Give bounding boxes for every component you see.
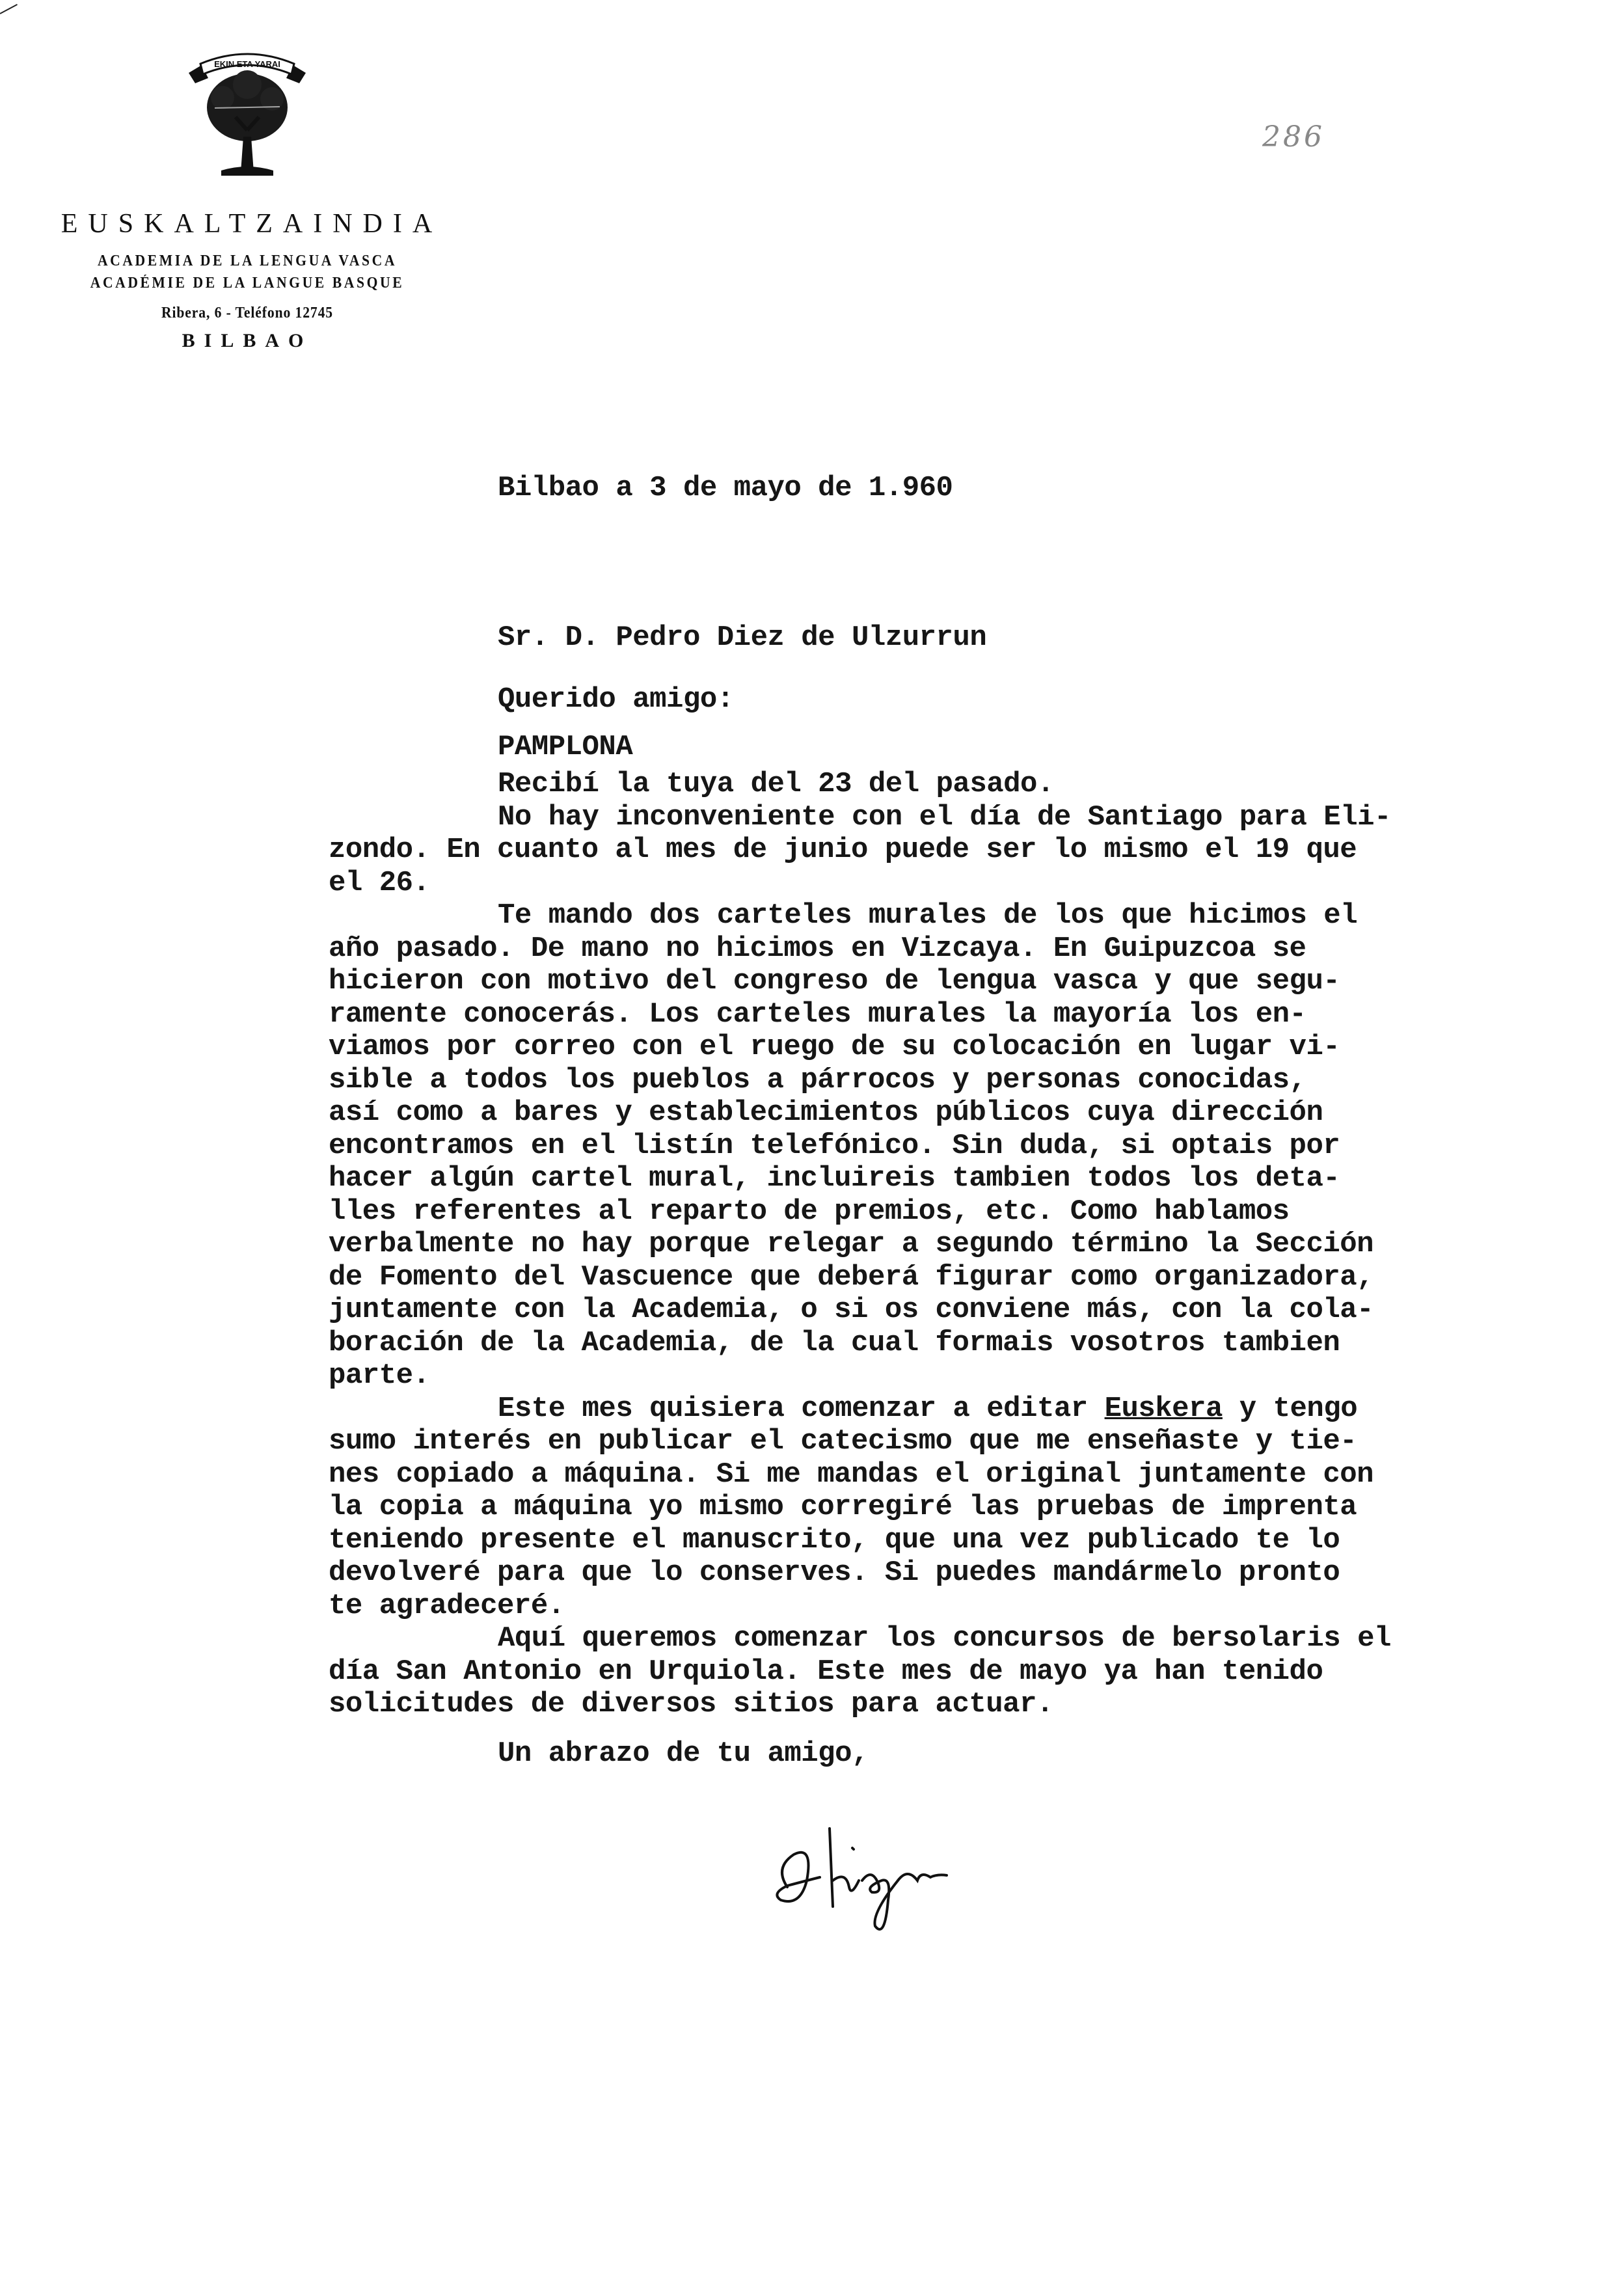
body-line: Este mes quisiera comenzar a editar Eusk…	[329, 1392, 1391, 1426]
body-line: teniendo presente el manuscrito, que una…	[329, 1524, 1391, 1557]
publication-title: Euskera	[1105, 1392, 1223, 1425]
org-name: EUSKALTZAINDIA	[48, 208, 455, 239]
body-text-segment: la copia a máquina yo mismo corregiré la…	[329, 1491, 1357, 1523]
handwritten-signature	[768, 1815, 1041, 1946]
body-line: sumo interés en publicar el catecismo qu…	[329, 1425, 1391, 1458]
body-line: hicieron con motivo del congreso de leng…	[329, 965, 1391, 998]
addressee-city: PAMPLONA	[498, 729, 986, 765]
body-line: ramente conocerás. Los carteles murales …	[329, 998, 1391, 1031]
body-line: te agradeceré.	[329, 1590, 1391, 1623]
salutation: Querido amigo:	[498, 683, 734, 716]
body-line: viamos por correo con el ruego de su col…	[329, 1031, 1391, 1064]
body-text-segment: año pasado. De mano no hicimos en Vizcay…	[329, 932, 1306, 965]
body-line: así como a bares y establecimientos públ…	[329, 1096, 1391, 1130]
body-line: la copia a máquina yo mismo corregiré la…	[329, 1491, 1391, 1524]
body-line: devolveré para que lo conserves. Si pued…	[329, 1556, 1391, 1590]
body-text-segment: hacer algún cartel mural, incluireis tam…	[329, 1162, 1340, 1195]
closing: Un abrazo de tu amigo,	[498, 1737, 869, 1770]
corner-pen-mark	[0, 4, 18, 14]
body-line: el 26.	[329, 867, 1391, 900]
body-line: parte.	[329, 1359, 1391, 1392]
archive-number: 286	[1262, 120, 1325, 154]
body-line: juntamente con la Academia, o si os conv…	[329, 1294, 1391, 1327]
letterhead: EKIN ETA YARAI EUSKALTZAINDIA ACADEMIA D…	[39, 46, 455, 352]
dateline: Bilbao a 3 de mayo de 1.960	[498, 472, 953, 504]
body-text-segment: parte.	[329, 1359, 429, 1392]
body-line: Recibí la tuya del 23 del pasado.	[329, 768, 1391, 801]
body-line: hacer algún cartel mural, incluireis tam…	[329, 1162, 1391, 1195]
body-text-segment: te agradeceré.	[329, 1590, 565, 1622]
org-city: BILBAO	[39, 330, 455, 352]
body-line: verbalmente no hay porque relegar a segu…	[329, 1228, 1391, 1261]
body-line: sible a todos los pueblos a párrocos y p…	[329, 1064, 1391, 1097]
body-text-segment: lles referentes al reparto de premios, e…	[329, 1195, 1290, 1228]
body-text-segment: Aquí queremos comenzar los concursos de …	[498, 1622, 1391, 1655]
body-text-segment: Recibí la tuya del 23 del pasado.	[498, 768, 1054, 800]
body-line: encontramos en el listín telefónico. Sin…	[329, 1130, 1391, 1163]
body-text-segment: hicieron con motivo del congreso de leng…	[329, 965, 1340, 998]
body-text-segment: sible a todos los pueblos a párrocos y p…	[329, 1064, 1306, 1096]
addressee-name: Sr. D. Pedro Diez de Ulzurrun	[498, 619, 986, 656]
body-text-segment: sumo interés en publicar el catecismo qu…	[329, 1425, 1357, 1458]
body-text-segment: así como a bares y establecimientos públ…	[329, 1096, 1323, 1129]
body-text-segment: ramente conocerás. Los carteles murales …	[329, 998, 1306, 1031]
org-subtitle-fr: ACADÉMIE DE LA LANGUE BASQUE	[60, 273, 435, 293]
body-text-segment: solicitudes de diversos sitios para actu…	[329, 1688, 1053, 1720]
body-text-segment: encontramos en el listín telefónico. Sin…	[329, 1130, 1340, 1162]
body-line: de Fomento del Vascuence que deberá figu…	[329, 1261, 1391, 1294]
body-line: Aquí queremos comenzar los concursos de …	[329, 1622, 1391, 1655]
body-line: zondo. En cuanto al mes de junio puede s…	[329, 834, 1391, 867]
body-line: No hay inconveniente con el día de Santi…	[329, 801, 1391, 834]
body-text-segment: teniendo presente el manuscrito, que una…	[329, 1524, 1340, 1556]
letter-body: Recibí la tuya del 23 del pasado.No hay …	[329, 768, 1391, 1721]
body-text-segment: Este mes quisiera comenzar a editar	[498, 1392, 1105, 1425]
letter-page: EKIN ETA YARAI EUSKALTZAINDIA ACADEMIA D…	[0, 0, 1624, 2282]
body-text-segment: el 26.	[329, 867, 429, 899]
svg-text:EKIN ETA YARAI: EKIN ETA YARAI	[214, 59, 280, 69]
body-text-segment: boración de la Academia, de la cual form…	[329, 1327, 1340, 1359]
body-text-segment: No hay inconveniente con el día de Santi…	[498, 801, 1391, 834]
body-text-segment: día San Antonio en Urquiola. Este mes de…	[329, 1655, 1323, 1688]
body-text-segment: y tengo	[1223, 1392, 1357, 1425]
body-text-segment: Te mando dos carteles murales de los que…	[498, 899, 1357, 932]
body-text-segment: verbalmente no hay porque relegar a segu…	[329, 1228, 1374, 1260]
body-line: día San Antonio en Urquiola. Este mes de…	[329, 1655, 1391, 1689]
org-address: Ribera, 6 - Teléfono 12745	[60, 305, 435, 322]
body-line: boración de la Academia, de la cual form…	[329, 1327, 1391, 1360]
oak-tree-emblem-icon: EKIN ETA YARAI	[176, 46, 319, 182]
body-text-segment: zondo. En cuanto al mes de junio puede s…	[329, 834, 1357, 866]
org-subtitle-es: ACADEMIA DE LA LENGUA VASCA	[60, 251, 435, 271]
body-text-segment: viamos por correo con el ruego de su col…	[329, 1031, 1340, 1063]
body-line: año pasado. De mano no hicimos en Vizcay…	[329, 932, 1391, 966]
body-text-segment: de Fomento del Vascuence que deberá figu…	[329, 1261, 1374, 1294]
body-text-segment: juntamente con la Academia, o si os conv…	[329, 1294, 1374, 1326]
body-line: solicitudes de diversos sitios para actu…	[329, 1688, 1391, 1721]
body-line: nes copiado a máquina. Si me mandas el o…	[329, 1458, 1391, 1491]
body-text-segment: devolveré para que lo conserves. Si pued…	[329, 1556, 1340, 1589]
body-text-segment: nes copiado a máquina. Si me mandas el o…	[329, 1458, 1374, 1491]
body-line: lles referentes al reparto de premios, e…	[329, 1195, 1391, 1229]
body-line: Te mando dos carteles murales de los que…	[329, 899, 1391, 932]
